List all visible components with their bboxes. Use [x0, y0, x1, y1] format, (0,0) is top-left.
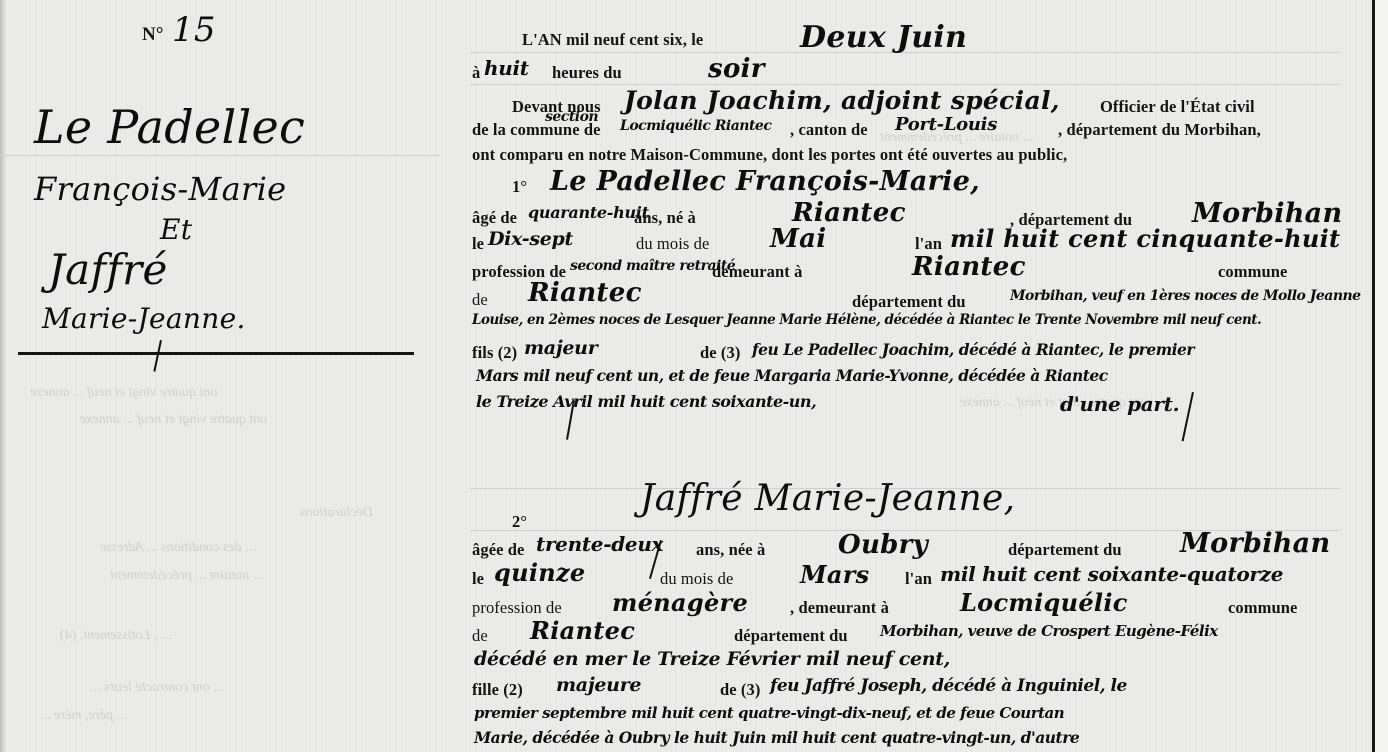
bride-parents-handwritten: premier septembre mil huit cent quatre-v…	[474, 704, 1064, 722]
bleed-through-text: ... des conditions ... Adresse	[100, 540, 256, 556]
printed-fille: fille (2)	[472, 680, 523, 700]
pen-stroke	[153, 340, 162, 372]
printed-departement: département du	[852, 292, 966, 312]
bride-father-handwritten: feu Jaffré Joseph, décédé à Inguiniel, l…	[770, 676, 1127, 696]
groom-status-handwritten: majeur	[524, 337, 597, 359]
printed-commune: commune	[1228, 598, 1297, 618]
printed-departement: , département du Morbihan,	[1058, 120, 1261, 140]
printed-commune: commune	[1218, 262, 1287, 282]
time-of-day-handwritten: soir	[708, 54, 765, 84]
groom-given-names: François-Marie	[34, 170, 286, 208]
bride-surname: Jaffré	[48, 245, 168, 294]
printed-lan: l'an	[905, 569, 932, 589]
printed-ne-a: ans, né à	[634, 208, 696, 228]
groom-parents-handwritten: Mars mil neuf cent un, et de feue Margar…	[476, 366, 1108, 385]
register-page: ont quatre vingt et neuf ... annexe ont …	[0, 0, 1372, 752]
bride-age-handwritten: trente-deux	[536, 532, 663, 556]
date-handwritten: Deux Juin	[800, 20, 967, 55]
commune-handwritten: Locmiquélic Riantec	[620, 118, 771, 134]
bleed-through-text: ... , Lotissement. (4)	[60, 628, 171, 644]
bride-birthplace-handwritten: Oubry	[838, 530, 928, 560]
margin-underline	[18, 352, 414, 355]
bride-commune-handwritten: Riantec	[530, 616, 635, 645]
printed-de-parents: de (3)	[720, 680, 760, 700]
page-edge	[1372, 0, 1388, 752]
printed-de: de	[472, 290, 488, 310]
printed-du-mois: du mois de	[660, 569, 733, 589]
ruled-line	[0, 155, 440, 156]
bride-widow-handwritten: Morbihan, veuve de Crospert Eugène-Félix	[880, 622, 1218, 640]
act-number-label: N°	[142, 24, 164, 46]
printed-canton: , canton de	[790, 120, 868, 140]
bride-given-names: Marie-Jeanne.	[42, 302, 246, 335]
canton-handwritten: Port-Louis	[895, 114, 997, 135]
groom-age-handwritten: quarante-huit	[528, 203, 649, 222]
groom-mother-death-handwritten: le Treize Avril mil huit cent soixante-u…	[476, 392, 816, 411]
groom-commune-handwritten: Riantec	[528, 278, 642, 308]
groom-profession-handwritten: second maître retraité	[570, 258, 735, 274]
printed-comparu: ont comparu en notre Maison-Commune, don…	[472, 145, 1067, 165]
groom-birth-month-handwritten: Mai	[770, 224, 826, 254]
groom-name-handwritten: Le Padellec François-Marie,	[550, 166, 980, 197]
bride-status-handwritten: majeure	[556, 674, 641, 696]
groom-closing-handwritten: d'une part.	[1060, 392, 1179, 416]
printed-nee-a: ans, née à	[696, 540, 765, 560]
printed-demeurant: demeurant à	[712, 262, 802, 282]
printed-de-parents: de (3)	[700, 343, 740, 363]
bride-residence-handwritten: Locmiquélic	[960, 588, 1128, 617]
bride-birth-year-handwritten: mil huit cent soixante-quatorze	[940, 562, 1283, 586]
act-number: 15	[172, 10, 216, 50]
groom-index: 1°	[512, 177, 527, 197]
printed-le: le	[472, 234, 484, 254]
groom-birth-year-handwritten: mil huit cent cinquante-huit	[950, 224, 1340, 253]
bleed-through-text: ont quatre vingt et neuf ... annexe	[80, 412, 267, 428]
printed-departement: département du	[734, 626, 848, 646]
ruled-line	[470, 84, 1340, 85]
printed-year-line: L'AN mil neuf cent six, le	[522, 30, 703, 50]
printed-hours: heures du	[552, 63, 622, 83]
groom-previous-spouse-handwritten: Louise, en 2èmes noces de Lesquer Jeanne…	[472, 312, 1261, 328]
groom-father-handwritten: feu Le Padellec Joachim, décédé à Riante…	[752, 340, 1194, 359]
printed-fils: fils (2)	[472, 343, 517, 363]
printed-a: à	[472, 63, 480, 83]
printed-commune: de la commune de	[472, 120, 601, 140]
printed-de: de	[472, 626, 488, 646]
printed-agee: âgée de	[472, 540, 524, 560]
bleed-through-text: ... père, mère ...	[40, 708, 127, 724]
bleed-through-text: ont quatre vingt et neuf ... annexe	[30, 385, 217, 401]
bride-previous-spouse-handwritten: décédé en mer le Treize Février mil neuf…	[474, 648, 950, 670]
printed-officier: Officier de l'État civil	[1100, 97, 1255, 117]
page-binding-shadow	[0, 0, 6, 752]
groom-birth-day-handwritten: Dix-sept	[488, 228, 573, 250]
printed-departement: département du	[1008, 540, 1122, 560]
bride-dept-handwritten: Morbihan	[1180, 528, 1330, 559]
printed-lan: l'an	[915, 234, 942, 254]
conjunction-et: Et	[160, 213, 192, 246]
officer-name-handwritten: Jolan Joachim, adjoint spécial,	[624, 86, 1060, 115]
printed-le: le	[472, 569, 484, 589]
groom-widower-handwritten: Morbihan, veuf en 1ères noces de Mollo J…	[1010, 288, 1361, 304]
groom-residence-handwritten: Riantec	[912, 252, 1026, 282]
printed-du-mois: du mois de	[636, 234, 709, 254]
groom-surname: Le Padellec	[34, 100, 305, 154]
bride-birth-day-handwritten: quinze	[494, 558, 586, 587]
pen-stroke	[1182, 392, 1194, 441]
bride-index: 2°	[512, 512, 527, 532]
printed-age: âgé de	[472, 208, 517, 228]
hour-handwritten: huit	[484, 56, 529, 80]
bleed-through-text: ... ont contracté leurs ...	[90, 680, 224, 696]
bride-birth-month-handwritten: Mars	[800, 560, 869, 589]
bleed-through-text: ... notaire ... précédemment	[110, 568, 263, 584]
bride-mother-death-handwritten: Marie, décédée à Oubry le huit Juin mil …	[474, 728, 1079, 747]
bride-profession-handwritten: ménagère	[612, 588, 748, 617]
printed-demeurant: , demeurant à	[790, 598, 889, 618]
bleed-through-text: Déclarations	[300, 505, 373, 521]
printed-profession: profession de	[472, 598, 562, 618]
bride-name-handwritten: Jaffré Marie-Jeanne,	[640, 478, 1015, 519]
